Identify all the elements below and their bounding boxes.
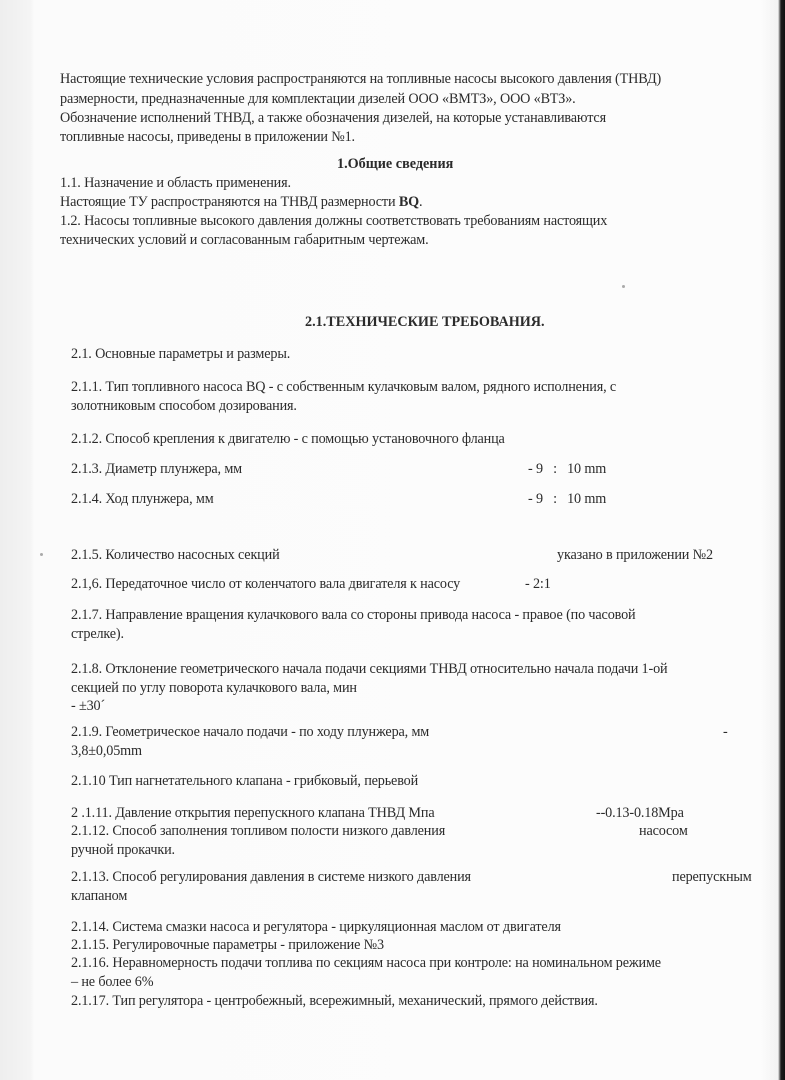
item-2-1-13-label: 2.1.13. Способ регулирования давления в … [71, 868, 471, 887]
item-2-1-7-line-2: стрелке). [71, 625, 124, 644]
scan-speck [622, 285, 625, 288]
item-2-1-1-line-1: 2.1.1. Тип топливного насоса BQ - с собс… [71, 378, 616, 397]
item-2-1-15: 2.1.15. Регулировочные параметры - прило… [71, 936, 384, 955]
item-2-1-8-line-3: - ±30´ [71, 697, 105, 716]
item-2-1-9-label: 2.1.9. Геометрическое начало подачи - по… [71, 723, 429, 742]
intro-line-2: размерности, предназначенные для комплек… [60, 90, 576, 109]
item-2-1-8-line-2: секцией по углу поворота кулачкового вал… [71, 679, 357, 698]
item-2-1-9-value: 3,8±0,05mm [71, 742, 142, 761]
item-1-1: 1.1. Назначение и область применения. [60, 174, 291, 193]
item-2-1-2: 2.1.2. Способ крепления к двигателю - с … [71, 430, 505, 449]
item-2-1-3-value: - 9 : 10 mm [528, 460, 606, 479]
item-1-2-line-1: 1.2. Насосы топливные высокого давления … [60, 212, 607, 231]
scan-speck [40, 553, 43, 556]
item-2-1-11-value: --0.13-0.18Mpa [596, 804, 684, 823]
item-1-2-line-2: технических условий и согласованным габа… [60, 231, 428, 250]
item-2-1-17: 2.1.17. Тип регулятора - центробежный, в… [71, 992, 598, 1011]
item-2-1-12-label: 2.1.12. Способ заполнения топливом полос… [71, 822, 445, 841]
item-2-1-11-label: 2 .1.11. Давление открытия перепускного … [71, 804, 435, 823]
intro-line-3: Обозначение исполнений ТНВД, а также обо… [60, 109, 606, 128]
item-2-1-1-line-2: золотниковым способом дозирования. [71, 397, 297, 416]
item-2-1-5-label: 2.1.5. Количество насосных секций [71, 546, 280, 565]
item-2-1-3-label: 2.1.3. Диаметр плунжера, мм [71, 460, 242, 479]
item-1-1-text: Настоящие ТУ распространяются на ТНВД ра… [60, 193, 422, 212]
section-1-title: 1.Общие сведения [337, 156, 453, 173]
item-2-1-4-label: 2.1.4. Ход плунжера, мм [71, 490, 214, 509]
item-2-1-16-line-1: 2.1.16. Неравномерность подачи топлива п… [71, 954, 661, 973]
item-2-1-16-line-2: – не более 6% [71, 973, 153, 992]
item-2-1-12-line-2: ручной прокачки. [71, 841, 175, 860]
intro-line-4: топливные насосы, приведены в приложении… [60, 128, 355, 147]
item-2-1-12-value: насосом [639, 822, 688, 841]
item-2-1-7-line-1: 2.1.7. Направление вращения кулачкового … [71, 606, 636, 625]
item-2-1-9-dash: - [723, 723, 728, 742]
section-2-title: 2.1.ТЕХНИЧЕСКИЕ ТРЕБОВАНИЯ. [305, 314, 545, 331]
item-2-1-4-value: - 9 : 10 mm [528, 490, 606, 509]
item-2-1-10: 2.1.10 Тип нагнетательного клапана - гри… [71, 772, 418, 791]
item-2-1-6-label: 2.1,6. Передаточное число от коленчатого… [71, 575, 460, 594]
item-2-1-6-value: - 2:1 [525, 575, 551, 594]
item-2-1: 2.1. Основные параметры и размеры. [71, 345, 290, 364]
item-2-1-8-line-1: 2.1.8. Отклонение геометрического начала… [71, 660, 667, 679]
scanned-page: Настоящие технические условия распростра… [0, 0, 785, 1080]
item-2-1-13-value: перепускным [672, 868, 752, 887]
item-2-1-5-value: указано в приложении №2 [557, 546, 713, 565]
item-2-1-13-line-2: клапаном [71, 887, 127, 906]
item-2-1-14: 2.1.14. Система смазки насоса и регулято… [71, 918, 561, 937]
intro-line-1: Настоящие технические условия распростра… [60, 70, 661, 89]
